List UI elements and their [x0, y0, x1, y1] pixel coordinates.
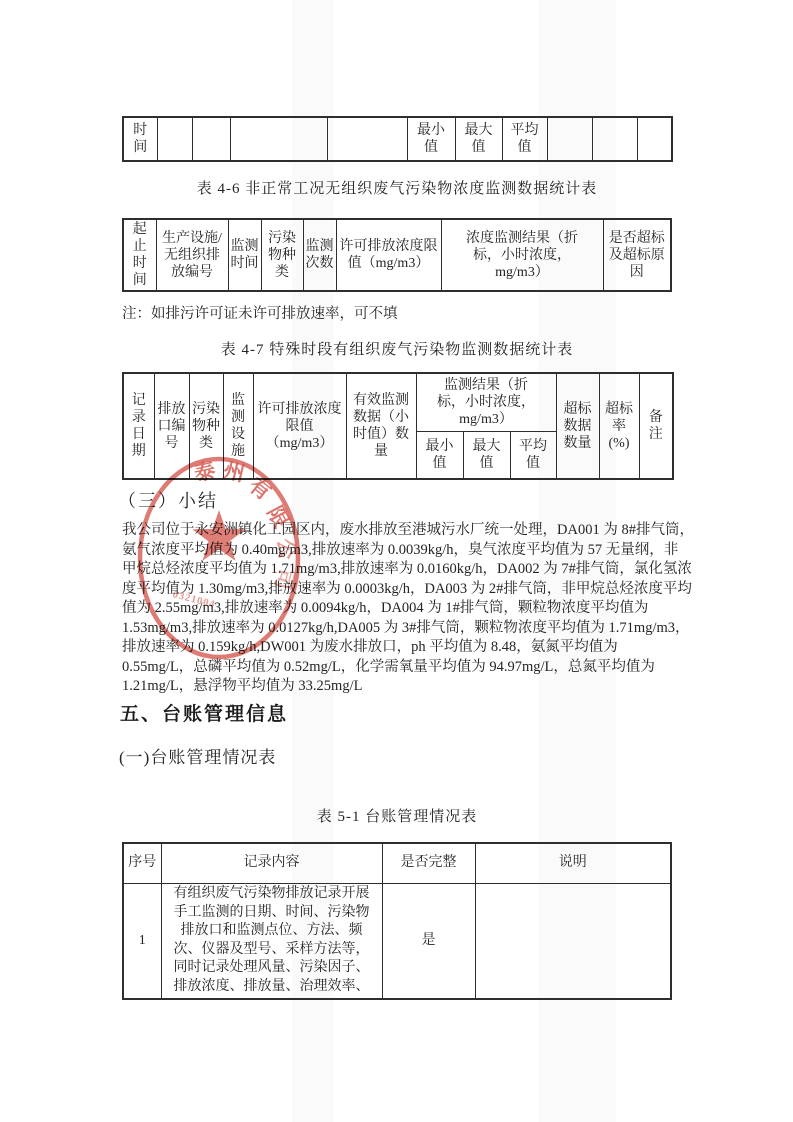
- summary-paragraph: 我公司位于永安洲镇化工园区内，废水排放至港城污水厂统一处理，DA001 为 8#…: [122, 521, 682, 697]
- empty-cell: [192, 117, 230, 161]
- empty-cell: [327, 117, 407, 161]
- header-cell: 记 录 日 期: [123, 373, 154, 479]
- header-cell: 许可排放浓度限 值（mg/m3）: [336, 219, 441, 291]
- empty-cell: [157, 117, 192, 161]
- header-cell: 生产设施/ 无组织排 放编号: [156, 219, 228, 291]
- table-5-1-header-row: 序号 记录内容 是否完整 说明: [123, 843, 671, 883]
- empty-cell: [547, 117, 592, 161]
- table-continuation: 时 间 最小 值 最大 值 平均 值: [122, 116, 673, 162]
- table-4-6-title: 表 4-6 非正常工况无组织废气污染物浓度监测数据统计表: [122, 177, 672, 198]
- header-cell: 有效监测 数据（小 时值）数 量: [346, 373, 416, 479]
- header-cell-avg: 平均 值: [502, 117, 547, 161]
- header-cell: 污染 物种 类: [261, 219, 303, 291]
- table-4-6: 起止 时间 生产设施/ 无组织排 放编号 监测 时间 污染 物种 类 监测 次数…: [122, 218, 672, 292]
- header-cell-remark: 说明: [475, 843, 671, 883]
- header-cell: 监测 次数: [303, 219, 336, 291]
- document-page: 时 间 最小 值 最大 值 平均 值 表 4-6 非正常工况无组织废气污染物浓度…: [0, 0, 793, 1122]
- header-cell-max: 最大 值: [455, 117, 502, 161]
- subsection-heading: (一)台账管理情况表: [119, 743, 276, 768]
- cell-record-content: 有组织废气污染物排放记录开展 手工监测的日期、时间、污染物 排放口和监测点位、方…: [161, 883, 382, 999]
- table-4-7-title: 表 4-7 特殊时段有组织废气污染物监测数据统计表: [122, 338, 672, 359]
- empty-cell: [230, 117, 327, 161]
- table-4-7: 记 录 日 期 排放 口编 号 污染 物种 类 监 测 设 施 许可排放浓度 限…: [122, 372, 674, 480]
- header-cell-no: 序号: [123, 843, 161, 883]
- header-cell-max: 最大 值: [463, 431, 510, 479]
- chapter-heading: 五、台账管理信息: [120, 699, 288, 726]
- cell-row-no: 1: [123, 883, 161, 999]
- header-cell-time: 时 间: [123, 117, 157, 161]
- header-group-cell: 监测结果（折 标，小时浓度， mg/m3）: [416, 373, 556, 431]
- header-cell: 超标 数据 数量: [556, 373, 599, 479]
- header-cell: 是否超标 及超标原 因: [603, 219, 671, 291]
- header-cell-avg: 平均 值: [510, 431, 556, 479]
- header-cell: 许可排放浓度 限值（mg/m3）: [253, 373, 346, 479]
- header-cell-content: 记录内容: [161, 843, 382, 883]
- header-cell: 监 测 设 施: [223, 373, 253, 479]
- empty-cell: [637, 117, 672, 161]
- header-cell: 排放 口编 号: [154, 373, 189, 479]
- table-row: 1 有组织废气污染物排放记录开展 手工监测的日期、时间、污染物 排放口和监测点位…: [123, 883, 671, 999]
- header-cell: 起止 时间: [123, 219, 156, 291]
- header-cell: 备 注: [639, 373, 673, 479]
- summary-heading: （三）小结: [118, 487, 218, 513]
- table-5-1-title: 表 5-1 台账管理情况表: [122, 805, 672, 826]
- empty-cell: [592, 117, 637, 161]
- header-cell-min: 最小 值: [416, 431, 463, 479]
- header-cell: 超标 率 (%): [599, 373, 639, 479]
- cell-complete-value: 是: [382, 883, 475, 999]
- header-cell-complete: 是否完整: [382, 843, 475, 883]
- header-cell: 污染 物种 类: [189, 373, 223, 479]
- cell-remark-value: [475, 883, 671, 999]
- table-5-1: 序号 记录内容 是否完整 说明 1 有组织废气污染物排放记录开展 手工监测的日期…: [122, 842, 672, 1000]
- table-4-6-note: 注：如排污许可证未许可排放速率，可不填: [122, 302, 398, 323]
- header-cell: 浓度监测结果（折 标，小时浓度， mg/m3）: [441, 219, 603, 291]
- header-cell-min: 最小 值: [407, 117, 455, 161]
- header-cell: 监测 时间: [228, 219, 261, 291]
